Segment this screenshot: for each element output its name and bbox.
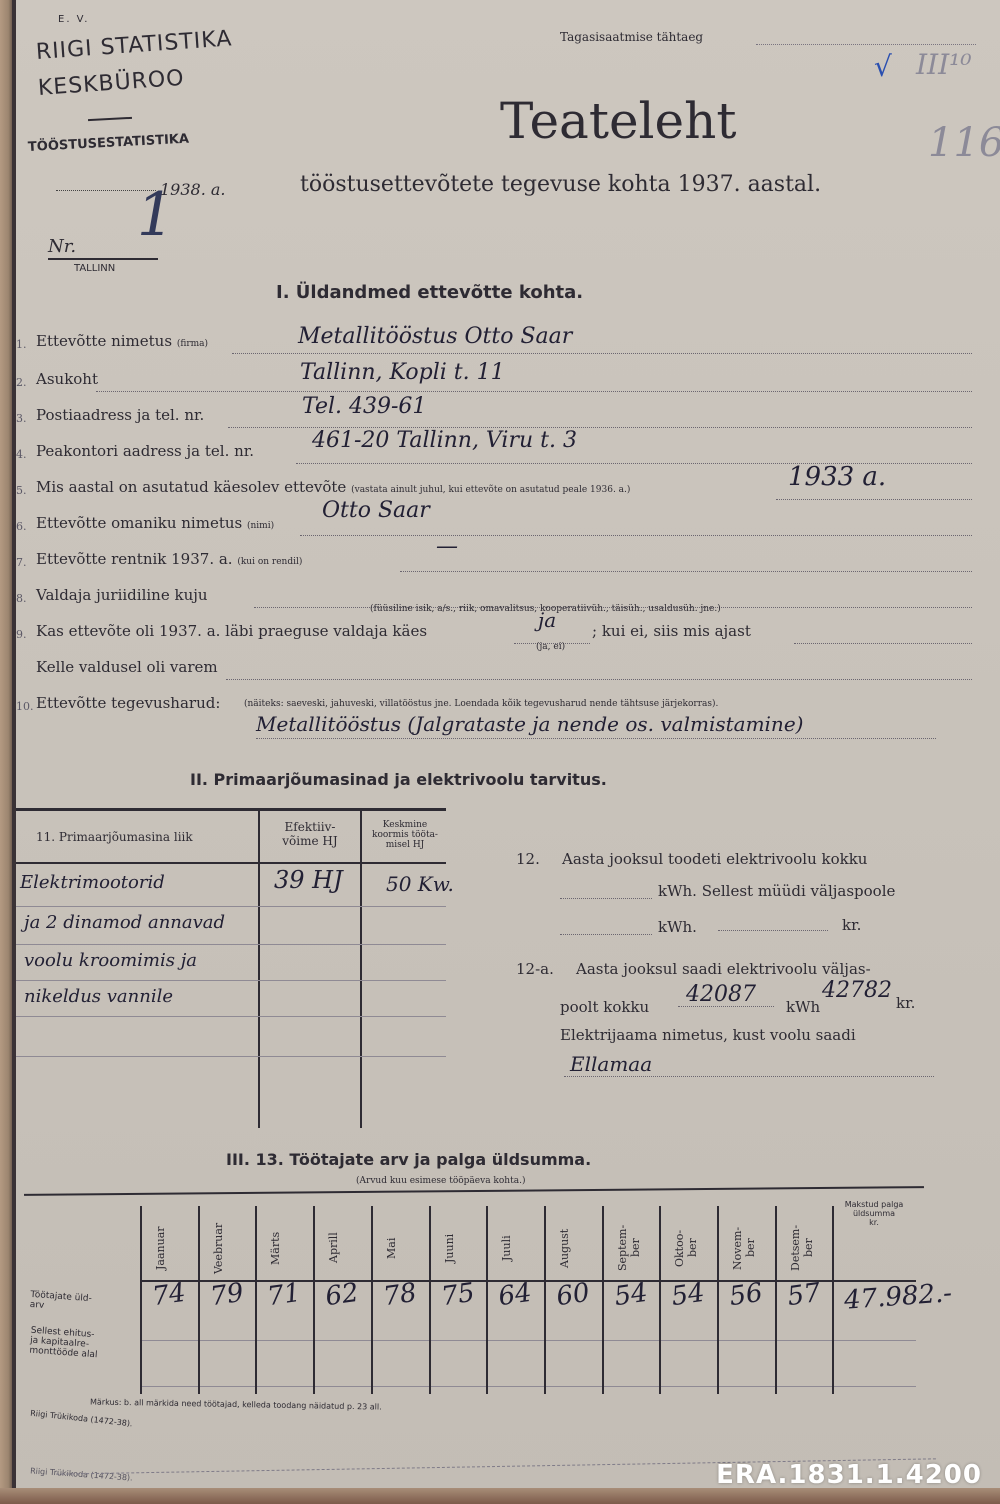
table11-row-line	[16, 944, 446, 945]
field-row-2: 2. Asukoht Tallinn, Kopli t. 11	[16, 364, 976, 400]
month-header: Detsem- ber	[789, 1218, 815, 1278]
table13-col-divider	[255, 1206, 257, 1394]
q12-sold-kr-field	[718, 930, 828, 931]
field-label: Kelle valdusel oli varem	[36, 658, 218, 676]
activity-line	[256, 738, 936, 739]
row-number: 4.	[16, 448, 27, 461]
table11-row-line	[16, 1016, 446, 1017]
table11-row-line	[16, 906, 446, 907]
field-line	[400, 552, 972, 572]
table13-col-divider	[602, 1206, 604, 1394]
head-office-value: 461-20 Tallinn, Viru t. 3	[312, 428, 577, 453]
label-text: Ettevõtte omaniku nimetus	[36, 514, 242, 532]
row-label-construction: Sellest ehitus- ja kapitaalre- monttööde…	[29, 1326, 99, 1361]
stamp-city: TALLINN	[74, 263, 115, 274]
owner-value: Otto Saar	[322, 498, 430, 523]
month-worker-count: 71	[259, 1277, 311, 1313]
label-text: Ettevõtte rentnik 1937. a.	[36, 550, 233, 568]
row-number: 5.	[16, 484, 27, 497]
q12a-station-label: Elektrijaama nimetus, kust voolu saadi	[560, 1026, 856, 1044]
label-text: Ettevõtte nimetus	[36, 332, 172, 350]
table13-col-divider	[313, 1206, 315, 1394]
field-line	[96, 372, 972, 392]
return-deadline-label: Tagasisaatmise tähtaeg	[560, 30, 703, 44]
q12-text3: kWh.	[658, 918, 697, 936]
table11-header-load: Keskmine koormis tööta- misel HJ	[364, 820, 446, 850]
stamp-line1: RIIGI STATISTIKA	[35, 26, 233, 65]
field-label-after: ; kui ei, siis mis ajast	[592, 622, 751, 640]
field-row-7: 7. Ettevõtte rentnik 1937. a. (kui on re…	[16, 544, 976, 580]
month-worker-count: 78	[374, 1277, 426, 1313]
return-deadline-field	[756, 44, 976, 45]
month-header: Märts	[269, 1218, 282, 1278]
field-label: Ettevõtte tegevusharud:	[36, 694, 220, 712]
q12-text4: kr.	[842, 916, 861, 934]
table13-col-divider	[429, 1206, 431, 1394]
table11-header-type: 11. Primaarjõumasina liik	[36, 830, 193, 844]
field-line	[794, 624, 972, 644]
table13-col-divider	[140, 1206, 142, 1394]
table11-row-line	[16, 1056, 446, 1057]
stamp-nr-line	[48, 258, 158, 260]
postal-address-value: Tel. 439-61	[302, 394, 426, 419]
q12a-text2: poolt kokku	[560, 998, 649, 1016]
q12-produced-field	[560, 898, 652, 899]
table11-col-divider	[258, 808, 260, 1128]
row-number: 6.	[16, 520, 27, 533]
field-label: Postiaadress ja tel. nr.	[36, 406, 204, 424]
printer-note: Riigi Trükikoda (1472-38).	[30, 1409, 133, 1429]
table13-col-divider	[486, 1206, 488, 1394]
tenant-value: —	[436, 534, 458, 559]
q12-text1: Aasta jooksul toodeti elektrivoolu kokku	[562, 850, 867, 868]
label-text: Mis aastal on asutatud käesolev ettevõte	[36, 478, 346, 496]
table13-col-divider	[544, 1206, 546, 1394]
field-line	[226, 660, 972, 680]
section3-note: (Arvud kuu esimese tööpäeva kohta.)	[356, 1176, 525, 1186]
table13-top-rule	[24, 1186, 924, 1196]
printer-note-2: Riigi Trükikoda (1472-38).	[30, 1466, 133, 1482]
month-header: Juuli	[500, 1218, 513, 1278]
form-page: E. V. RIIGI STATISTIKA KESKBÜROO TÖÖSTUS…	[16, 0, 1000, 1504]
section1-heading: I. Üldandmed ettevõtte kohta.	[276, 282, 583, 303]
row-number: 1.	[16, 338, 27, 351]
pencil-note-2: 116	[928, 120, 1000, 166]
month-header: Mai	[385, 1218, 398, 1278]
field-row-9b: Kelle valdusel oli varem	[16, 652, 976, 688]
table11-header-rule	[16, 862, 446, 864]
q12-text2: kWh. Sellest müüdi väljaspoole	[658, 882, 895, 900]
activity-value: Metallitööstus (Jalgrataste ja nende os.…	[256, 712, 803, 736]
field-label: Ettevõtte nimetus (firma)	[36, 332, 208, 350]
total-salary-value: 47.982.-	[843, 1278, 953, 1315]
month-header: August	[558, 1218, 571, 1278]
q12a-kwh-label: kWh	[786, 998, 820, 1016]
table13-col-divider	[198, 1206, 200, 1394]
engine-power-value: 39 HJ	[274, 866, 343, 894]
field-row-6: 6. Ettevõtte omaniku nimetus (nimi) Otto…	[16, 508, 976, 544]
label-note: (vastata ainult juhul, kui ettevõte on a…	[351, 485, 630, 495]
q12-num: 12.	[516, 850, 540, 868]
pencil-note-1: III¹⁰	[916, 48, 972, 81]
month-header: Veebruar	[212, 1218, 225, 1278]
month-worker-count: 62	[316, 1277, 368, 1313]
month-header: Jaanuar	[154, 1218, 167, 1278]
location-value: Tallinn, Kopli t. 11	[300, 360, 505, 385]
stamp-divider	[88, 117, 132, 121]
q12a-kr-label: kr.	[896, 994, 915, 1012]
label-note: (näiteks: saeveski, jahuveski, villatöös…	[244, 699, 718, 709]
field-row-1: 1. Ettevõtte nimetus (firma) Metallitöös…	[16, 326, 976, 362]
section2-heading: II. Primaarjõumasinad ja elektrivoolu ta…	[190, 770, 607, 789]
check-mark-icon: √	[874, 50, 892, 83]
row-number: 9.	[16, 628, 27, 641]
table11-row-line	[16, 980, 446, 981]
field-label: Valdaja juriidiline kuju	[36, 586, 208, 604]
company-name-value: Metallitööstus Otto Saar	[298, 324, 572, 349]
yes-no-note: (ja, ei)	[536, 642, 565, 652]
table13-col-divider	[659, 1206, 661, 1394]
form-subtitle: tööstusettevõtete tegevuse kohta 1937. a…	[300, 172, 821, 197]
month-worker-count: 56	[720, 1277, 772, 1313]
footnote: Märkus: b. all märkida need töötajad, ke…	[90, 1397, 382, 1411]
stamp-line3: TÖÖSTUSESTATISTIKA	[28, 132, 190, 155]
field-row-9: 9. Kas ettevõte oli 1937. a. läbi praegu…	[16, 616, 976, 652]
field-label: Kas ettevõte oli 1937. a. läbi praeguse …	[36, 622, 427, 640]
month-header: Aprill	[327, 1218, 340, 1278]
month-header: Juuni	[443, 1218, 456, 1278]
engine-type-line3: voolu kroomimis ja	[24, 950, 197, 971]
month-worker-count: 54	[605, 1277, 657, 1313]
month-worker-count: 57	[778, 1277, 830, 1313]
month-worker-count: 60	[547, 1277, 599, 1313]
row-number: 2.	[16, 376, 27, 389]
row-number: 3.	[16, 412, 27, 425]
table13-col-divider	[717, 1206, 719, 1394]
field-label: Asukoht	[36, 370, 98, 388]
q12a-num: 12-a.	[516, 960, 554, 978]
founded-year-value: 1933 a.	[788, 462, 886, 492]
table13-col-divider	[775, 1206, 777, 1394]
field-label: Peakontori aadress ja tel. nr.	[36, 442, 254, 460]
engine-type-line1: Elektrimootorid	[20, 872, 165, 893]
month-header: Oktoo- ber	[673, 1218, 699, 1278]
section3-heading: III. 13. Töötajate arv ja palga üldsumma…	[226, 1150, 591, 1169]
table13-col-divider	[832, 1206, 834, 1394]
label-note: (firma)	[177, 339, 208, 349]
table11-top-rule	[16, 808, 446, 811]
same-owner-value: ja	[538, 608, 556, 632]
q12a-kr-value: 42782	[822, 978, 892, 1003]
row-number: 7.	[16, 556, 27, 569]
month-header: Novem- ber	[731, 1218, 757, 1278]
field-label: Ettevõtte rentnik 1937. a. (kui on rendi…	[36, 550, 302, 568]
label-note: (kui on rendil)	[237, 557, 302, 567]
month-worker-count: 75	[432, 1277, 484, 1313]
stamp-line2: KESKBÜROO	[37, 66, 185, 101]
table11-col-divider	[360, 808, 362, 1128]
field-label: Ettevõtte omaniku nimetus (nimi)	[36, 514, 274, 532]
engine-type-line2: ja 2 dinamod annavad	[24, 912, 225, 933]
q12a-station-field	[564, 1076, 934, 1077]
month-worker-count: 74	[143, 1277, 195, 1313]
engine-type-line4: nikeldus vannile	[24, 986, 173, 1007]
month-worker-count: 54	[662, 1277, 714, 1313]
archive-reference: ERA.1831.1.4200	[716, 1460, 982, 1490]
row-number: 8.	[16, 592, 27, 605]
total-salary-header: Makstud palga üldsumma kr.	[832, 1200, 916, 1227]
q12a-kwh-value: 42087	[686, 982, 756, 1007]
q12a-text1: Aasta jooksul saadi elektrivoolu väljas-	[576, 960, 871, 978]
table11-header-power: Efektiiv- võime HJ	[262, 820, 358, 848]
field-label: Mis aastal on asutatud käesolev ettevõte…	[36, 478, 630, 496]
q12a-station-value: Ellamaa	[570, 1052, 652, 1076]
table13-col-divider	[371, 1206, 373, 1394]
month-worker-count: 79	[201, 1277, 253, 1313]
label-note: (nimi)	[247, 521, 274, 531]
row-label-workers: Töötajate üld- arv	[29, 1290, 92, 1314]
field-row-5: 5. Mis aastal on asutatud käesolev ettev…	[16, 472, 976, 508]
engine-load-value: 50 Kw.	[386, 872, 454, 896]
q12-sold-kwh-field	[560, 934, 652, 935]
month-header: Septem- ber	[616, 1218, 642, 1278]
page-bottom-edge	[0, 1488, 1000, 1504]
stamp-ev: E. V.	[58, 14, 89, 25]
row-number: 10.	[16, 700, 34, 713]
month-worker-count: 64	[489, 1277, 541, 1313]
form-title: Teateleht	[500, 92, 736, 150]
stamp-nr-label: Nr.	[48, 236, 76, 257]
